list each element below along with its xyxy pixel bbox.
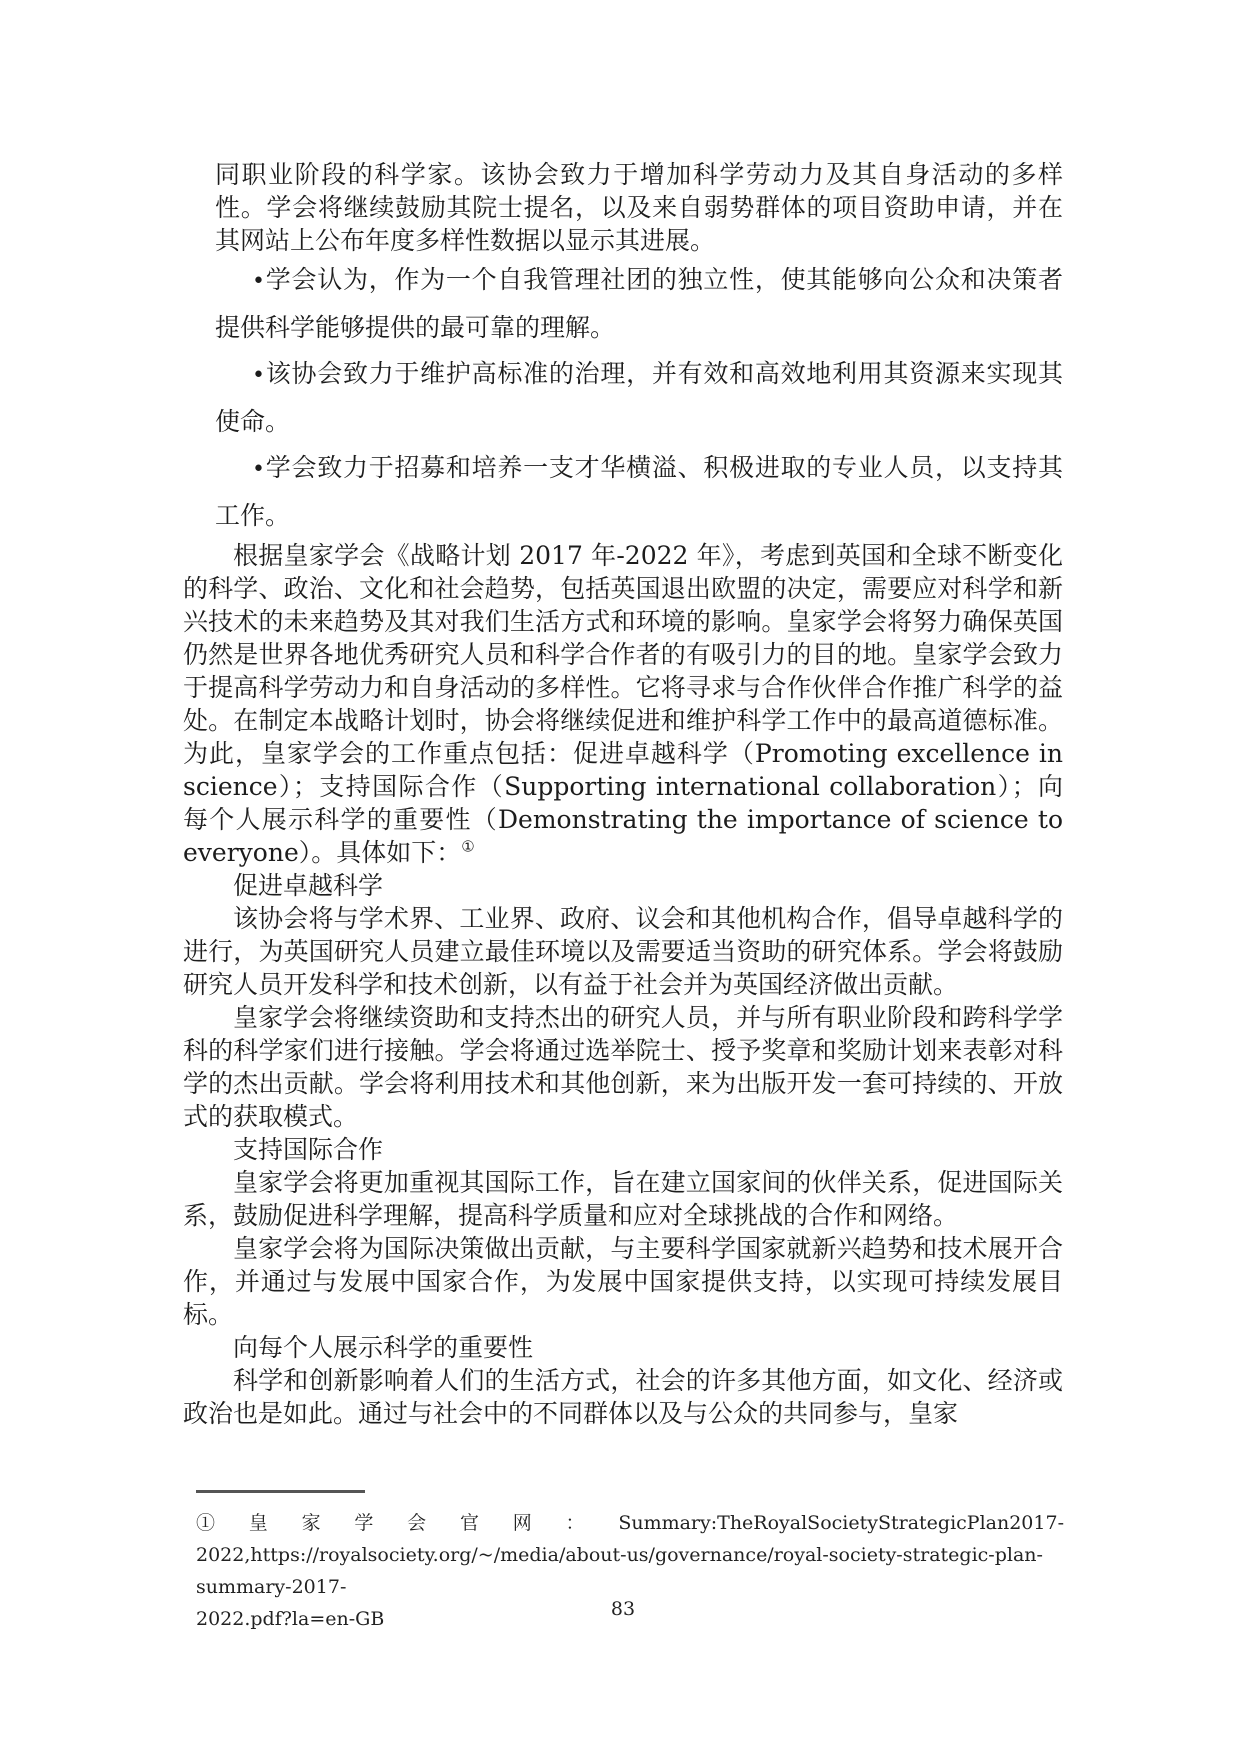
bullet-item: •学会致力于招募和培养一支才华横溢、积极进取的专业人员，以支持其工作。 xyxy=(215,445,1063,539)
footnote-separator-rule xyxy=(196,1490,365,1493)
section-paragraph: 科学和创新影响着人们的生活方式，社会的许多其他方面，如文化、经济或政治也是如此。… xyxy=(183,1364,1063,1430)
bullet-dot-icon: • xyxy=(252,457,265,482)
section-paragraph: 该协会将与学术界、工业界、政府、议会和其他机构合作，倡导卓越科学的进行，为英国研… xyxy=(183,902,1063,1001)
section-heading-international-collaboration: 支持国际合作 xyxy=(183,1133,1063,1166)
main-paragraph-text: 根据皇家学会《战略计划 2017 年-2022 年》，考虑到英国和全球不断变化的… xyxy=(183,541,1063,867)
bullet-text: 学会致力于招募和培养一支才华横溢、积极进取的专业人员，以支持其工作。 xyxy=(215,453,1063,530)
footnote-line footnote-url: 2022,https://royalsociety.org/~/media/ab… xyxy=(196,1539,1064,1603)
bullet-text: 学会认为，作为一个自我管理社团的独立性，使其能够向公众和决策者提供科学能够提供的… xyxy=(215,265,1063,342)
section-paragraph: 皇家学会将继续资助和支持杰出的研究人员，并与所有职业阶段和跨科学学科的科学家们进… xyxy=(183,1001,1063,1133)
bullet-dot-icon: • xyxy=(252,269,265,294)
bullet-item: •学会认为，作为一个自我管理社团的独立性，使其能够向公众和决策者提供科学能够提供… xyxy=(215,257,1063,351)
footnote-line: ① 皇 家 学 会 官 网 ： Summary:TheRoyalSocietyS… xyxy=(196,1507,1064,1539)
main-paragraph: 根据皇家学会《战略计划 2017 年-2022 年》，考虑到英国和全球不断变化的… xyxy=(183,539,1063,869)
bullet-item: •该协会致力于维护高标准的治理，并有效和高效地利用其资源来实现其使命。 xyxy=(215,351,1063,445)
section-heading-science-for-everyone: 向每个人展示科学的重要性 xyxy=(183,1331,1063,1364)
continuation-paragraph: 同职业阶段的科学家。该协会致力于增加科学劳动力及其自身活动的多样性。学会将继续鼓… xyxy=(215,158,1063,257)
bullet-list: •学会认为，作为一个自我管理社团的独立性，使其能够向公众和决策者提供科学能够提供… xyxy=(183,257,1063,539)
page-content: 同职业阶段的科学家。该协会致力于增加科学劳动力及其自身活动的多样性。学会将继续鼓… xyxy=(183,158,1063,1430)
section-heading-promote-excellence: 促进卓越科学 xyxy=(183,869,1063,902)
document-page: 同职业阶段的科学家。该协会致力于增加科学劳动力及其自身活动的多样性。学会将继续鼓… xyxy=(0,0,1240,1753)
bullet-dot-icon: • xyxy=(252,363,265,388)
bullet-text: 该协会致力于维护高标准的治理，并有效和高效地利用其资源来实现其使命。 xyxy=(215,359,1063,436)
section-paragraph: 皇家学会将为国际决策做出贡献，与主要科学国家就新兴趋势和技术展开合作，并通过与发… xyxy=(183,1232,1063,1331)
page-number: 83 xyxy=(183,1598,1063,1620)
section-paragraph: 皇家学会将更加重视其国际工作，旨在建立国家间的伙伴关系，促进国际关系，鼓励促进科… xyxy=(183,1166,1063,1232)
footnote-reference-mark: ① xyxy=(461,838,474,856)
